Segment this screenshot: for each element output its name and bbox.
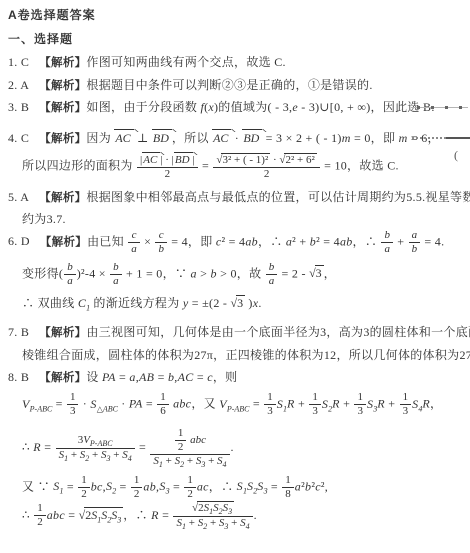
text: 1 [178,427,184,439]
text: = [194,370,208,384]
text: 作图可知两曲线有两个交点，故选 C. [86,55,285,69]
text: + [111,449,123,461]
subscripted-symbol: S1 [53,479,63,493]
math-variable: a [131,243,137,255]
numerator: 1 [282,474,294,488]
math-variable: m [399,131,408,145]
vector-symbol: BD [174,152,193,167]
fraction: 12 [33,502,47,529]
text: = [116,479,130,493]
text: 设 [86,370,102,384]
numberline-tick [459,106,462,109]
math-variable: a [67,275,73,287]
subscripted-symbol: S1 [204,502,214,514]
vector-symbol: AC [114,129,133,146]
math-variable: PA [129,397,143,411]
fraction: ab [408,229,422,256]
fraction: |AC| · |BD|2 [136,152,199,181]
subscripted-symbol: S4 [240,517,250,529]
fraction: 12 [77,474,91,501]
text: 1 [160,391,166,403]
numerator: c [155,229,167,243]
answer-2: 2. A【解析】根据题目中条件可以判断②③是正确的，①是错误的. [0,78,470,94]
text: ，又 [191,397,219,411]
text: + [186,517,198,529]
subscripted-symbol: S4 [217,455,227,467]
text: 的渐近线方程为 [90,296,183,310]
subscripted-symbol: S3 [219,517,229,529]
text: + [295,397,309,411]
text: 2 [178,441,184,453]
text: )²-4 × [77,266,109,280]
text: 一、选择题 [8,32,73,46]
text: · [231,131,242,145]
text: = [116,370,130,384]
subscripted-symbol: S3 [196,455,206,467]
text: ，∴ [353,234,381,248]
fraction: 12 [183,474,197,501]
text: 棱锥组合面成，圆柱体的体积为27π，正四棱锥的体积为12，所以几何体的体积为27… [22,348,470,362]
text: = 3 × 2 + ( - 1) [262,131,341,145]
fraction: 13 [66,391,80,418]
analysis-label: 【解析】 [39,192,86,204]
fraction: 3VP-ABCS1 + S2 + S3 + S4 [55,434,136,463]
denominator: 2 [78,488,90,501]
text: × [141,234,155,248]
denominator: a [266,275,278,288]
text: ² = 4 [316,234,340,248]
answer-5-cont: 约为3.7. [0,212,470,227]
numerator: 1 [400,391,412,405]
subscripted-symbol: S2 [322,397,332,411]
text: = [268,479,282,493]
text: = ±(2 - [188,296,230,310]
question-number: 5. A [8,190,29,205]
denominator: b [155,243,167,256]
text: = 0，即 [351,131,399,145]
subscripted-symbol: S3 [101,449,111,461]
fraction: cb [154,229,168,256]
text: = [199,158,213,172]
text: ，∴ [258,234,286,248]
text: = [143,397,157,411]
text: 2 [165,168,171,180]
text: 6 [160,405,166,417]
square-root: √3 [309,265,324,281]
text: ² + [292,234,310,248]
question-number: 4. C [8,131,29,146]
fraction: 13 [399,391,413,418]
numberline-figure-fragment [411,104,468,110]
math-variable: a [113,275,119,287]
text: 3 [70,405,76,417]
denominator: b [409,243,421,256]
text: ，则 [213,370,238,384]
denominator: 2 [131,488,143,501]
math-variable: b [158,243,164,255]
numberline-tick [431,106,434,109]
math-variable: a [412,229,418,241]
subscripted-symbol: S4 [412,397,422,411]
text: 1 [187,474,193,486]
text: = [41,440,55,454]
text: 所以四边形的面积为 [22,158,136,172]
fraction: 12 [174,427,188,454]
text: > 0，故 [217,266,265,280]
math-variable: ab [340,234,353,248]
text: · [270,154,279,166]
subscripted-symbol: S1 [153,455,163,467]
dashed-line-fragment [412,136,470,139]
numerator: b [64,261,76,275]
text: = 10，故选 C. [321,158,399,172]
numerator: a [409,229,421,243]
answer-6-cont-1: 变形得(ba)²-4 × ba + 1 = 0，∵ a > b > 0，故 ba… [0,261,470,288]
subscripted-symbol: S1 [176,517,186,529]
text: = [65,508,79,522]
numerator: 1 [34,502,46,516]
numerator: 12 abc [150,427,229,455]
fraction: 13 [263,391,277,418]
text: ， [430,397,442,411]
text: 1 [285,474,291,486]
text: + [385,397,399,411]
text: = 4. [421,234,444,248]
text: 由已知 [87,234,127,248]
text: + [68,449,80,461]
fraction: √3² + ( - 1)² · √2² + 6²2 [212,153,320,181]
text: 根据图象中相邻最高点与最低点的位置，可以估计周期约为5.5.视星等数值越小亮 [86,190,470,204]
radicand: 3 [315,265,324,281]
radicand: 2S1S2S3 [84,507,123,524]
fraction: 18 [281,474,295,501]
subscripted-symbol: S1 [59,449,69,461]
math-variable: m [342,131,351,145]
math-variable: a [269,275,275,287]
answer-7-cont: 棱锥组合面成，圆柱体的体积为27π，正四棱锥的体积为12，所以几何体的体积为27… [0,348,470,363]
text: = [154,370,168,384]
text: . [258,296,261,310]
text: 8 [285,488,291,500]
numerator: b [381,229,393,243]
text: 又 ∵ [22,479,53,493]
text: = [170,479,184,493]
text: 3 [403,405,409,417]
square-root: √3 [231,295,246,311]
denominator: 8 [282,488,294,501]
answer-7: 7. B【解析】由三视图可知，几何体是由一个底面半径为3，高为3的圆柱体和一个底… [0,325,470,341]
math-variable: AB [139,370,154,384]
numberline-tick [417,106,420,109]
numerator: 1 [67,391,79,405]
numerator: b [110,261,122,275]
numerator: b [266,261,278,275]
question-number: 8. B [8,370,29,385]
text: + [228,517,240,529]
text: 3 [312,405,318,417]
vector-symbol: AC [212,129,231,146]
text: 1 [403,391,409,403]
text: + [205,455,217,467]
math-variable: b [67,261,73,273]
math-variable: ab [143,479,156,493]
question-number: 2. A [8,78,29,93]
answer-1: 1. C【解析】作图可知两曲线有两个交点，故选 C. [0,55,470,71]
fraction: 13 [353,391,367,418]
text: 如图，由于分段函数 [86,100,200,114]
square-root: √2S1S2S3 [79,507,124,524]
text: ⊥ [134,131,152,145]
text: ) [245,296,253,310]
numerator: 1 [264,391,276,405]
analysis-label: 【解析】 [39,80,86,92]
text: | · | [160,154,174,166]
text: 2² + 6² [285,154,314,166]
subscripted-symbol: S3 [223,502,233,514]
math-variable: abc [190,434,206,446]
text: = 2 - [278,266,309,280]
text: 因为 [86,131,114,145]
square-root: √2² + 6² [279,153,316,167]
text: . [231,440,234,454]
text: 2 [198,502,204,514]
text: + [394,234,408,248]
answer-8-cont-2: ∴ R = 3VP-ABCS1 + S2 + S3 + S4 = 12 abcS… [0,427,470,469]
text: = [159,508,173,522]
denominator: 3 [400,405,412,418]
text: . [254,508,257,522]
answer-8-cont-4: ∴ 12abc = √2S1S2S3，∴ R = √2S1S2S3S1 + S2… [0,501,470,531]
text: + [89,449,101,461]
text: = [136,440,150,454]
text: · [79,397,90,411]
text: 1 [267,391,273,403]
subscripted-symbol: S3 [367,397,377,411]
subscripted-symbol: S3 [159,479,169,493]
denominator: 2 [184,488,196,501]
text: + [207,517,219,529]
numerator: √3² + ( - 1)² · √2² + 6² [213,153,319,168]
numerator: 1 [354,391,366,405]
text: 3² + ( - 1)² [222,154,268,166]
numerator: c [128,229,140,243]
text: 由三视图可知，几何体是由一个底面半径为3，高为3的圆柱体和一个底面边长为3 [86,325,470,339]
subscripted-symbol: S1 [277,397,287,411]
denominator: 2 [175,441,187,454]
text: 2 [37,516,43,528]
analysis-label: 【解析】 [39,133,86,145]
vector-symbol: BD [242,129,262,146]
math-variable: b [412,243,418,255]
text: 3 [316,266,322,280]
math-variable: ac [197,479,209,493]
denominator: 2 [34,516,46,529]
math-variable: PA [102,370,116,384]
answer-6-cont-2: ∴ 双曲线 C1 的渐近线方程为 y = ±(2 - √3 )x. [0,295,470,312]
denominator: 2 [137,168,198,181]
analysis-label: 【解析】 [39,102,86,114]
math-variable: R [151,508,159,522]
math-variable: abc [47,508,65,522]
subscripted-symbol: S2 [106,479,116,493]
text: 3 [237,296,243,310]
text: | [193,154,195,166]
subscripted-symbol: S2 [247,479,257,493]
math-variable: R [332,397,340,411]
math-variable: c [132,229,137,241]
section-heading: 一、选择题 [0,32,470,47]
text: = 4，即 [168,234,216,248]
text: 根据题目中条件可以判断②③是正确的，①是错误的. [86,78,372,92]
text: + [184,455,196,467]
numerator: 3VP-ABC [56,434,135,449]
text: )的值域为( - 3, [214,100,292,114]
math-variable: R [33,440,41,454]
text: 1 [70,391,76,403]
numerator: √2S1S2S3 [173,501,252,517]
answer-4-cont: 所以四边形的面积为 |AC| · |BD|2 = √3² + ( - 1)² ·… [0,152,470,181]
math-variable: b [113,261,119,273]
answer-5: 5. A【解析】根据图象中相邻最高点与最低点的位置，可以估计周期约为5.5.视星… [0,190,470,206]
text: ∴ [22,508,33,522]
subscripted-symbol: S2 [198,517,208,529]
text: 3 [357,405,363,417]
question-number: 6. D [8,234,30,249]
fraction: √2S1S2S3S1 + S2 + S3 + S4 [172,501,253,531]
denominator: 2 [213,168,319,181]
fraction: 12 [130,474,144,501]
text: + [163,455,175,467]
denominator: S1 + S2 + S3 + S4 [56,449,135,463]
subscripted-symbol: C1 [78,296,90,310]
math-variable: R [287,397,295,411]
text: ，∴ [123,508,151,522]
math-variable: AC [178,370,194,384]
denominator: 6 [157,405,169,418]
numerator: 1 [157,391,169,405]
doc-title: A卷选择题答案 [0,8,470,23]
question-number: 3. B [8,100,29,115]
math-variable: b [384,229,390,241]
math-variable: ab [245,234,258,248]
answer-8-cont-3: 又 ∵ S1 = 12bc,S2 = 12ab,S3 = 12ac，∴ S1S2… [0,474,470,501]
text: + [340,397,354,411]
text: 1 [134,474,140,486]
fraction: ba [63,261,77,288]
text: ² = 4 [221,234,245,248]
square-root: √3² + ( - 1)² [216,153,270,167]
denominator: a [110,275,122,288]
text: ², [321,479,328,493]
fraction: ba [380,229,394,256]
text: ∴ [22,440,33,454]
document-page: A卷选择题答案一、选择题1. C【解析】作图可知两曲线有两个交点，故选 C.2.… [0,8,470,553]
math-variable: R [422,397,430,411]
subscripted-symbol: VP-ABC [83,434,112,446]
analysis-label: 【解析】 [39,57,86,69]
answer-8: 8. B【解析】设 PA = a,AB = b,AC = c，则 [0,370,470,386]
fraction: ba [109,261,123,288]
answer-3: 3. B【解析】如图，由于分段函数 f(x)的值域为( - 3,e - 3)∪[… [0,100,470,116]
radicand: 3 [236,295,245,311]
subscripted-symbol: S3 [111,508,121,522]
text: = [52,397,66,411]
denominator: a [381,243,393,256]
denominator: S1 + S2 + S3 + S4 [150,455,229,469]
text: 2 [264,168,270,180]
subscripted-symbol: S2 [80,449,90,461]
answer-6: 6. D【解析】由已知 ca × cb = 4，即 c² = 4ab，∴ a² … [0,229,470,256]
numerator: 1 [175,427,187,441]
subscripted-symbol: S2 [213,502,223,514]
text: ∴ 双曲线 [22,296,78,310]
numerator: 1 [184,474,196,488]
answer-8-cont-1: VP-ABC = 13 · S△ABC · PA = 16 abc，又 VP-A… [0,391,470,418]
fraction: 12 abcS1 + S2 + S3 + S4 [149,427,230,469]
square-root: √2S1S2S3 [192,501,234,516]
denominator: 3 [67,405,79,418]
answer-content: A卷选择题答案一、选择题1. C【解析】作图可知两曲线有两个交点，故选 C.2.… [0,8,470,531]
text: ，所以 [172,131,212,145]
text: A卷选择题答案 [8,8,96,22]
math-variable: bc [91,479,103,493]
text: = [64,479,78,493]
denominator: a [64,275,76,288]
radicand: 3² + ( - 1)² [221,153,270,167]
math-variable: R [377,397,385,411]
text: 变形得( [22,266,63,280]
text: + 1 = 0，∵ [123,266,191,280]
denominator: 3 [354,405,366,418]
answer-4: 4. C【解析】因为 AC ⊥ BD，所以 AC · BD = 3 × 2 + … [0,129,470,147]
analysis-label: 【解析】 [39,372,86,384]
subscripted-symbol: S△ABC [90,397,118,411]
numerator: 1 [78,474,90,488]
parenthesis-fragment: ( [454,148,458,163]
text: · [118,397,129,411]
numberline-tick [445,106,448,109]
solid-segment [446,137,470,139]
text: 2 [81,488,87,500]
subscripted-symbol: S4 [122,449,132,461]
text: ，∴ [209,479,237,493]
text: = [250,397,264,411]
vector-symbol: AC [142,152,160,167]
text: 3 [267,405,273,417]
math-variable: a [384,243,390,255]
numerator: 1 [131,474,143,488]
subscripted-symbol: VP-ABC [219,397,249,411]
math-variable: c [159,229,164,241]
fraction: ca [127,229,141,256]
text: 1 [81,474,87,486]
analysis-label: 【解析】 [40,236,87,248]
numerator: |AC| · |BD| [137,152,198,168]
math-variable: b [269,261,275,273]
text: > [197,266,211,280]
denominator: a [128,243,140,256]
subscripted-symbol: S1 [237,479,247,493]
subscripted-symbol: S1 [91,508,101,522]
denominator: 3 [309,405,321,418]
text: 约为3.7. [22,212,66,226]
radicand: 2S1S2S3 [197,501,234,516]
subscripted-symbol: S2 [101,508,111,522]
vector-symbol: BD [152,129,172,146]
text: 1 [312,391,318,403]
analysis-label: 【解析】 [39,327,86,339]
denominator: S1 + S2 + S3 + S4 [173,517,252,531]
